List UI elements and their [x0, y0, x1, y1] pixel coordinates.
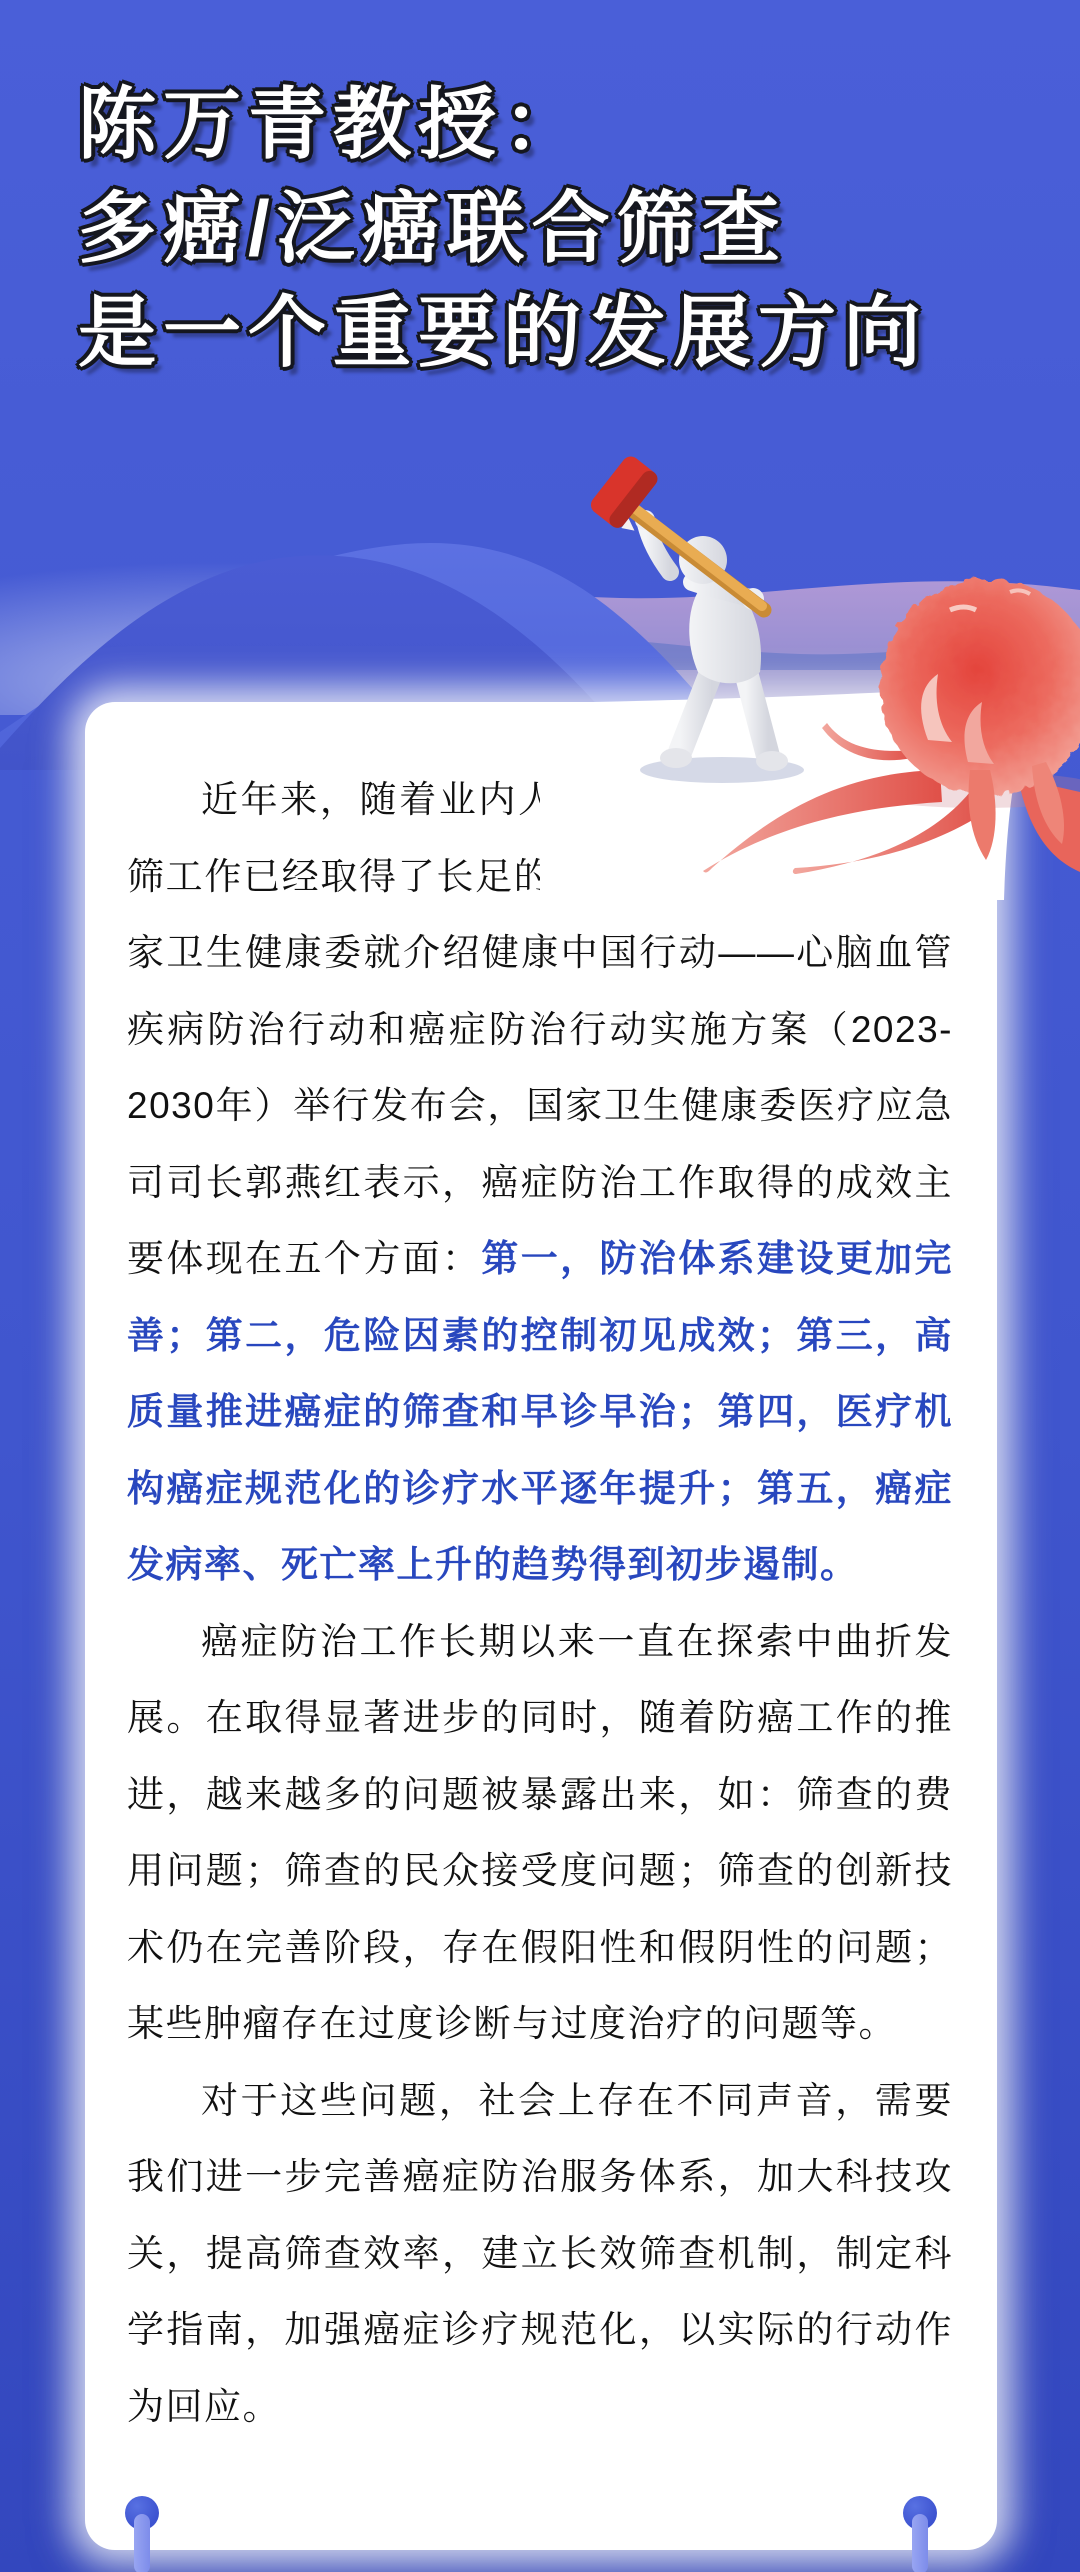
hammer-icon	[587, 453, 764, 610]
pin-left	[124, 2496, 160, 2572]
page-title-line-2: 多癌/泛癌联合筛查	[78, 176, 1038, 280]
article-body: 近年来，随着业内人士的不断努力，癌症早筛工作已经取得了长足的进展。2023年11…	[85, 702, 997, 2445]
page-title-line-3: 是一个重要的发展方向	[78, 280, 1038, 384]
paragraph-2: 癌症防治工作长期以来一直在探索中曲折发展。在取得显著进步的同时，随着防癌工作的推…	[127, 1604, 953, 2063]
figure-foot-left	[660, 748, 692, 768]
pin-right	[902, 2496, 938, 2572]
pin-left-stem	[134, 2514, 150, 2572]
paragraph-1-emphasis-text: 第一，防治体系建设更加完善；第二，危险因素的控制初见成效；第三，高质量推进癌症的…	[127, 1238, 953, 1585]
paragraph-3: 对于这些问题，社会上存在不同声音，需要我们进一步完善癌症防治服务体系，加大科技攻…	[127, 2063, 953, 2446]
page-title: 陈万青教授： 多癌/泛癌联合筛查 是一个重要的发展方向	[78, 72, 1038, 384]
illustration-man-vs-cancer-cell	[540, 440, 1080, 900]
article-card: 近年来，随着业内人士的不断努力，癌症早筛工作已经取得了长足的进展。2023年11…	[85, 702, 997, 2550]
pin-right-stem	[912, 2514, 928, 2572]
page-title-line-1: 陈万青教授：	[78, 72, 1038, 176]
poster-root: { "poster": { "title": { "line1": "陈万青教授…	[0, 0, 1080, 2572]
figure-foot-right	[756, 751, 788, 771]
